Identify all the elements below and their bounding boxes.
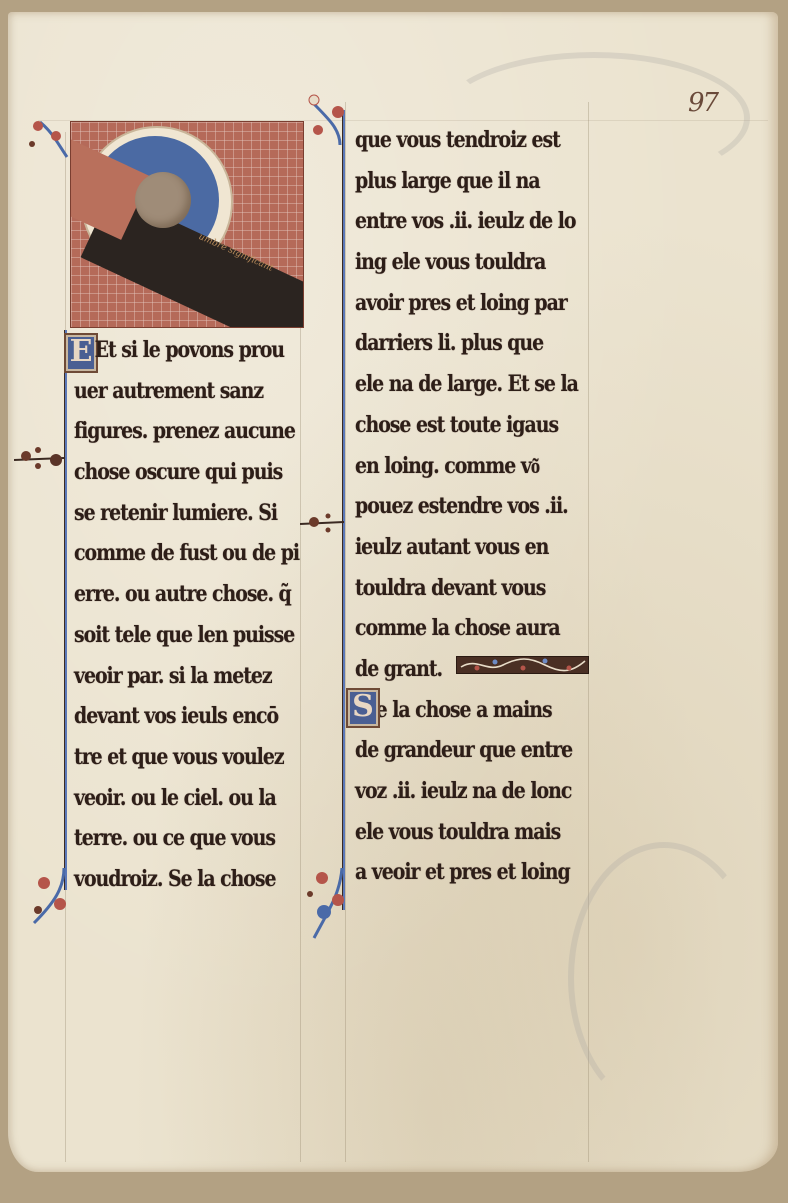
foliate-spray-icon: [300, 90, 350, 145]
text-line: soit tele que len puisse: [74, 615, 280, 656]
text-line: devant vos ieuls encō: [74, 696, 280, 737]
text-line: se retenir lumiere. Si: [74, 493, 280, 534]
text-line: Et si le povons prou: [74, 330, 280, 371]
text-line: figures. prenez aucune: [74, 411, 280, 452]
text-line: uer autrement sanz: [74, 371, 280, 412]
foliate-spray-icon: [24, 868, 74, 928]
text-line: avoir pres et loing par: [355, 283, 566, 324]
text-line: erre. ou autre chose. q̃: [74, 574, 280, 615]
left-text-column: Et si le povons prou uer autrement sanz …: [74, 330, 314, 900]
foliate-spray-icon: [14, 440, 66, 476]
text-line: e la chose a mains: [355, 690, 566, 731]
left-border-bar: [64, 330, 67, 890]
text-line: a veoir et pres et loing: [355, 852, 566, 893]
text-line: comme de fust ou de pi: [74, 533, 280, 574]
text-line: chose est toute igaus: [355, 405, 566, 446]
foliate-spray-icon: [22, 112, 72, 162]
eclipse-miniature: umbre significant: [70, 121, 304, 328]
text-line: que vous tendroiz est: [355, 120, 566, 161]
decorated-initial-s: S: [346, 688, 380, 728]
text-line: de grandeur que entre: [355, 730, 566, 771]
text-line: en loing. comme vo͂: [355, 446, 566, 487]
text-line: tre et que vous voulez: [74, 737, 280, 778]
line-filler-ornament: [456, 656, 589, 674]
ruling-line: [345, 102, 346, 1162]
text-line: entre vos .ii. ieulz de lo: [355, 201, 566, 242]
text-line: voz .ii. ieulz na de lonc: [355, 771, 566, 812]
text-line: pouez estendre vos .ii.: [355, 486, 566, 527]
text-line: chose oscure qui puis: [74, 452, 280, 493]
right-text-column: que vous tendroiz est plus large que il …: [355, 120, 600, 893]
text-line: touldra devant vous: [355, 568, 566, 609]
text-line: ing ele vous touldra: [355, 242, 566, 283]
text-line: darriers li. plus que: [355, 323, 566, 364]
text-line: ieulz autant vous en: [355, 527, 566, 568]
text-line: comme la chose aura: [355, 608, 566, 649]
text-line: terre. ou ce que vous: [74, 818, 280, 859]
text-line: voudroiz. Se la chose: [74, 859, 280, 900]
folio-number: 97: [688, 88, 717, 118]
text-line: veoir. ou le ciel. ou la: [74, 778, 280, 819]
text-line: veoir par. si la metez: [74, 656, 280, 697]
text-line: plus large que il na: [355, 161, 566, 202]
text-line: ele vous touldra mais: [355, 812, 566, 853]
text-line: ele na de large. Et se la: [355, 364, 566, 405]
moon-icon: [135, 172, 191, 228]
